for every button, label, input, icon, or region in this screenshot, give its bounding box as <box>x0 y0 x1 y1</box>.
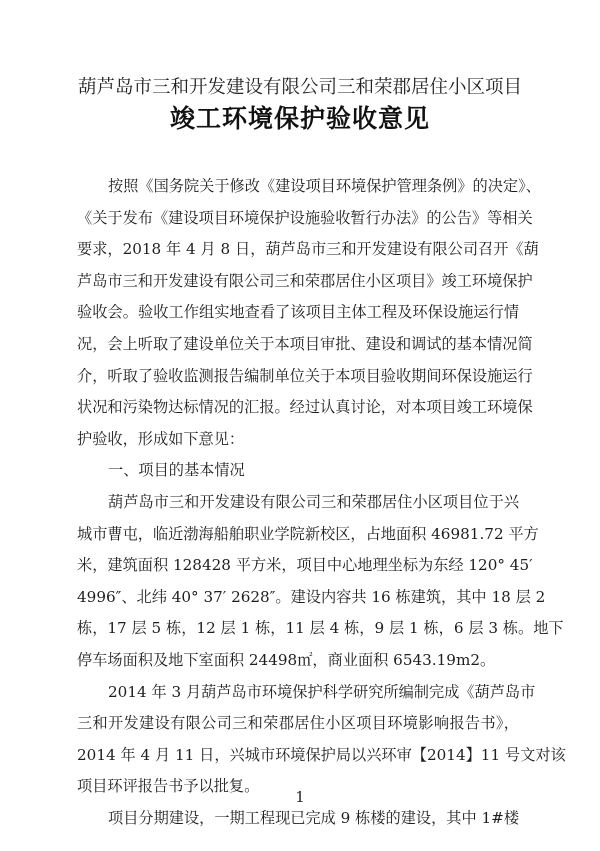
document-page: 葫芦岛市三和开发建设有限公司三和荣郡居住小区项目 竣工环境保护验收意见 按照《国… <box>0 0 600 851</box>
paragraph-2-line: 城市曹屯，临近渤海船舶职业学院新校区，占地面积 46981.72 平方 <box>77 519 519 551</box>
paragraph-3-line: 2014 年 3 月葫芦岛市环境保护科学研究所编制完成《葫芦岛市 <box>77 677 519 709</box>
paragraph-2-line: 停车场面积及地下室面积 24498㎡，商业面积 6543.19m2。 <box>77 645 519 677</box>
paragraph-1-line: 状况和污染物达标情况的汇报。经过认真讨论，对本项目竣工环境保 <box>77 392 519 424</box>
paragraph-1-line: 介，听取了验收监测报告编制单位关于本项目验收期间环保设施运行 <box>77 361 519 393</box>
paragraph-2-line: 葫芦岛市三和开发建设有限公司三和荣郡居住小区项目位于兴 <box>77 487 519 519</box>
paragraph-3-line: 三和开发建设有限公司三和荣郡居住小区项目环境影响报告书》， <box>77 708 519 740</box>
paragraph-1-line: 护验收，形成如下意见： <box>77 424 519 456</box>
document-title: 竣工环境保护验收意见 <box>0 99 600 135</box>
document-body: 按照《国务院关于修改《建设项目环境保护管理条例》的决定》、 《关于发布《建设项目… <box>77 171 519 834</box>
paragraph-2-line: 栋，17 层 5 栋，12 层 1 栋，11 层 4 栋，9 层 1 栋，6 层… <box>77 613 519 645</box>
paragraph-1-line: 况，会上听取了建设单位关于本项目审批、建设和调试的基本情况简 <box>77 329 519 361</box>
paragraph-2-line: 米，建筑面积 128428 平方米，项目中心地理坐标为东经 120° 45′ <box>77 550 519 582</box>
paragraph-3-line: 2014 年 4 月 11 日，兴城市环境保护局以兴环审【2014】11 号文对… <box>77 740 519 772</box>
paragraph-2-line: 4996″、北纬 40° 37′ 2628″。建设内容共 16 栋建筑，其中 1… <box>77 582 519 614</box>
page-number: 1 <box>0 788 600 806</box>
paragraph-1-line: 《关于发布《建设项目环境保护设施验收暂行办法》的公告》等相关 <box>77 203 519 235</box>
paragraph-1-line: 要求，2018 年 4 月 8 日，葫芦岛市三和开发建设有限公司召开《葫 <box>77 234 519 266</box>
document-subtitle: 葫芦岛市三和开发建设有限公司三和荣郡居住小区项目 <box>0 73 600 99</box>
paragraph-4-line: 项目分期建设，一期工程现已完成 9 栋楼的建设，其中 1#楼 <box>77 803 519 835</box>
paragraph-1-line: 验收会。验收工作组实地查看了该项目主体工程及环保设施运行情 <box>77 297 519 329</box>
section-heading-basic-info: 一、项目的基本情况 <box>77 455 519 487</box>
paragraph-1-line: 按照《国务院关于修改《建设项目环境保护管理条例》的决定》、 <box>77 171 519 203</box>
paragraph-1-line: 芦岛市三和开发建设有限公司三和荣郡居住小区项目》竣工环境保护 <box>77 266 519 298</box>
